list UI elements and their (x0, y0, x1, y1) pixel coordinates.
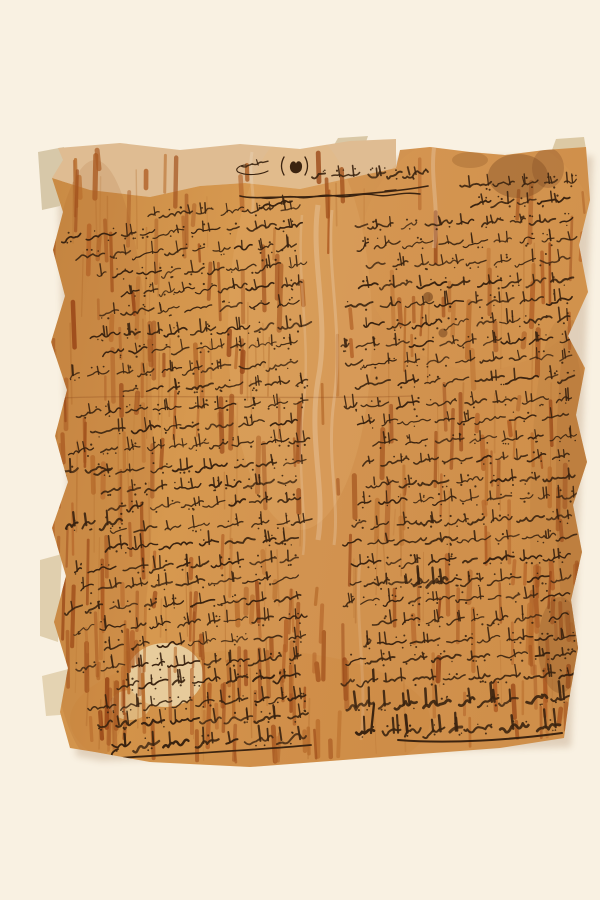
script-dot (97, 339, 98, 340)
script-dot (567, 372, 569, 374)
bark-streak (88, 226, 89, 274)
script-dot (436, 327, 438, 329)
script-dot (486, 188, 488, 190)
script-dot (255, 574, 257, 576)
script-ascender (162, 480, 163, 488)
bark-streak (276, 738, 278, 761)
script-ascender (393, 276, 394, 287)
script-dot (490, 462, 492, 464)
script-dot (109, 415, 111, 417)
script-dot (194, 676, 196, 678)
script-dot (113, 712, 114, 713)
script-dot (107, 317, 109, 319)
script-dot (425, 268, 427, 270)
script-dot (406, 735, 408, 737)
script-dot (210, 333, 212, 335)
script-dot (129, 367, 131, 369)
bark-streak (486, 527, 487, 565)
bark-streak (289, 590, 291, 633)
script-dot (481, 623, 483, 625)
script-dot (271, 459, 273, 461)
bark-streak (286, 621, 287, 650)
script-dot (134, 493, 136, 495)
bark-streak (149, 341, 150, 360)
script-dot (538, 324, 540, 326)
script-dot (440, 515, 442, 517)
script-ascender (417, 555, 418, 562)
bark-streak (263, 247, 264, 311)
script-dot (495, 336, 497, 338)
script-dot (429, 374, 431, 376)
bark-streak (382, 430, 383, 478)
script-ascender (476, 292, 477, 303)
script-dot (518, 285, 520, 287)
script-dot (489, 563, 491, 565)
bark-streak (91, 718, 92, 741)
script-dot (547, 234, 548, 235)
script-dot (552, 511, 553, 512)
script-ascender (151, 675, 152, 684)
script-dot (304, 700, 306, 702)
script-dot (415, 646, 417, 648)
script-dot (269, 713, 271, 715)
script-dot (182, 569, 184, 571)
script-dot (255, 389, 257, 391)
script-dot (190, 273, 192, 275)
script-dot (360, 368, 362, 370)
script-dot (234, 712, 236, 714)
script-dot (100, 729, 102, 731)
script-dot (134, 442, 136, 444)
script-dot (369, 495, 371, 497)
script-dot (524, 205, 526, 207)
script-dot (214, 585, 215, 586)
bark-streak (414, 298, 415, 322)
script-dot (423, 495, 425, 497)
script-dot (384, 167, 386, 169)
script-dot (506, 254, 508, 256)
script-dot (509, 275, 511, 277)
script-dot (555, 729, 557, 731)
script-ascender (499, 292, 500, 302)
script-dot (358, 709, 360, 711)
script-dot (406, 365, 408, 367)
script-dot (519, 326, 521, 328)
script-dot (189, 283, 191, 285)
script-ascender (397, 715, 398, 733)
script-dot (290, 564, 292, 566)
script-dot (166, 344, 168, 346)
script-dot (113, 257, 115, 259)
script-dot (70, 241, 72, 243)
script-dot (191, 362, 193, 364)
script-dot (396, 319, 398, 321)
bark-streak (338, 480, 339, 494)
script-dot (405, 455, 407, 457)
bark-streak (535, 666, 536, 708)
script-dot (449, 673, 451, 675)
script-dot (231, 271, 232, 272)
script-dot (427, 376, 429, 378)
script-ascender (149, 325, 150, 334)
script-dot (497, 694, 499, 696)
script-dot (104, 641, 106, 643)
script-ascender (115, 578, 116, 587)
script-dot (418, 624, 420, 626)
script-dot (559, 393, 561, 395)
script-ascender (424, 633, 425, 643)
script-dot (157, 580, 159, 582)
script-dot (541, 703, 543, 705)
script-dot (494, 296, 496, 298)
script-dot (142, 267, 144, 269)
script-dot (398, 339, 400, 341)
script-dot (120, 355, 122, 357)
script-dot (107, 453, 109, 455)
bark-streak (509, 422, 511, 436)
script-dot (388, 358, 390, 360)
script-dot (513, 412, 514, 413)
script-dot (228, 521, 230, 523)
script-dot (277, 527, 279, 529)
script-dot (253, 397, 255, 399)
script-dot (191, 606, 193, 608)
bark-streak (433, 654, 434, 717)
bark-streak (79, 177, 80, 197)
script-dot (228, 302, 229, 303)
bark-streak (291, 643, 292, 692)
script-dot (284, 671, 286, 673)
script-dot (150, 284, 152, 286)
script-dot (286, 515, 288, 517)
script-dot (115, 257, 117, 259)
script-dot (225, 487, 227, 489)
script-dot (239, 341, 241, 343)
script-dot (383, 653, 385, 655)
script-ascender (295, 665, 296, 677)
script-ascender (564, 450, 565, 458)
script-dot (211, 283, 213, 285)
script-dot (290, 663, 292, 665)
script-dot (78, 631, 80, 633)
script-dot (282, 694, 284, 696)
script-dot (124, 728, 126, 730)
script-dot (230, 233, 231, 234)
script-dot (365, 663, 367, 665)
script-dot (163, 726, 165, 728)
script-dot (177, 335, 179, 337)
script-dot (123, 278, 125, 280)
bark-streak (237, 403, 238, 501)
script-dot (165, 708, 166, 709)
script-dot (571, 175, 573, 177)
script-ascender (563, 686, 564, 699)
script-dot (525, 245, 527, 247)
script-dot (409, 603, 411, 605)
script-ascender (503, 452, 504, 459)
bark-streak (314, 730, 316, 758)
script-dot (145, 374, 147, 376)
script-dot (80, 564, 82, 566)
script-dot (465, 635, 467, 637)
script-ascender (548, 530, 549, 538)
script-dot (422, 247, 424, 249)
script-dot (549, 611, 550, 612)
script-dot (145, 737, 147, 739)
script-dot (197, 429, 199, 431)
script-dot (103, 366, 105, 368)
script-dot (71, 466, 73, 468)
bark-streak (453, 304, 454, 336)
script-dot (302, 693, 304, 695)
script-dot (196, 391, 198, 393)
script-dot (115, 452, 117, 454)
bark-streak (143, 404, 144, 461)
script-dot (438, 493, 440, 495)
script-dot (285, 459, 287, 461)
script-ascender (539, 647, 540, 656)
script-dot (566, 302, 568, 304)
script-dot (266, 496, 268, 498)
script-dot (275, 259, 277, 261)
script-dot (278, 652, 280, 654)
script-dot (258, 624, 260, 626)
script-dot (132, 511, 134, 513)
script-dot (567, 649, 569, 651)
script-dot (406, 663, 408, 665)
script-dot (139, 345, 141, 347)
script-dot (155, 598, 157, 600)
script-dot (526, 177, 528, 179)
script-dot (465, 602, 467, 604)
script-ascender (390, 217, 391, 226)
script-dot (304, 444, 306, 446)
script-dot (541, 633, 543, 635)
script-dot (269, 583, 271, 585)
script-dot (368, 638, 370, 640)
script-dot (393, 338, 395, 340)
script-dot (471, 633, 472, 634)
script-dot (232, 596, 234, 598)
script-dot (372, 167, 374, 169)
script-dot (437, 376, 439, 378)
script-dot (384, 436, 386, 438)
script-dot (442, 486, 444, 488)
script-dot (414, 337, 416, 339)
script-ascender (159, 575, 160, 585)
script-dot (121, 502, 123, 504)
script-dot (531, 216, 533, 218)
bark-streak (327, 179, 328, 217)
manuscript-photo: (۵) (0, 0, 600, 900)
script-dot (288, 348, 290, 350)
script-ascender (251, 415, 252, 425)
bark-streak (136, 170, 137, 249)
script-dot (474, 443, 476, 445)
script-dot (367, 238, 369, 240)
script-dot (510, 573, 512, 575)
script-ascender (204, 459, 205, 468)
script-dot (375, 604, 376, 605)
script-dot (171, 266, 173, 268)
script-dot (276, 406, 278, 408)
script-dot (119, 527, 121, 529)
script-dot (568, 460, 569, 461)
script-dot (66, 242, 68, 244)
script-dot (459, 734, 461, 736)
script-ascender (568, 388, 569, 400)
script-dot (78, 377, 80, 379)
script-dot (170, 276, 172, 278)
script-dot (228, 696, 230, 698)
bark-streak (144, 607, 145, 671)
script-dot (417, 397, 419, 399)
script-dot (451, 661, 452, 662)
script-ascender (247, 709, 248, 719)
script-dot (463, 423, 465, 425)
script-dot (523, 216, 525, 218)
script-dot (456, 673, 458, 675)
script-dot (376, 377, 378, 379)
script-dot (528, 492, 530, 494)
script-dot (183, 677, 185, 679)
script-dot (395, 588, 397, 590)
script-dot (257, 555, 259, 557)
bark-streak (202, 351, 203, 407)
script-dot (369, 648, 371, 650)
script-dot (485, 227, 487, 229)
script-dot (540, 452, 542, 454)
script-ascender (129, 323, 130, 334)
script-dot (387, 505, 388, 506)
script-dot (521, 660, 523, 662)
script-dot (159, 413, 161, 415)
script-dot (301, 693, 302, 694)
script-dot (490, 294, 492, 296)
script-dot (295, 475, 297, 477)
script-ascender (229, 653, 230, 663)
script-dot (196, 450, 197, 451)
script-dot (188, 508, 190, 510)
script-dot (162, 472, 164, 474)
bark-streak (338, 712, 340, 756)
script-dot (169, 697, 171, 699)
script-dot (201, 390, 203, 392)
script-dot (336, 170, 338, 172)
script-ascender (425, 689, 426, 705)
script-dot (180, 684, 182, 686)
script-dot (246, 674, 247, 675)
script-dot (120, 513, 122, 515)
script-dot (164, 569, 166, 571)
script-ascender (264, 608, 265, 621)
script-dot (495, 266, 497, 268)
script-dot (498, 503, 500, 505)
script-dot (379, 229, 381, 231)
script-ascender (389, 415, 390, 423)
script-dot (217, 480, 219, 482)
script-ascender (537, 348, 538, 359)
script-dot (221, 574, 223, 576)
script-dot (443, 650, 445, 652)
bark-streak (305, 732, 306, 751)
script-dot (222, 301, 224, 303)
script-dot (362, 496, 364, 498)
script-dot (365, 309, 367, 311)
script-dot (127, 328, 129, 330)
script-dot (147, 749, 149, 751)
script-dot (121, 630, 123, 632)
script-dot (134, 484, 136, 486)
script-dot (252, 469, 254, 471)
bark-streak (183, 217, 185, 257)
script-dot (409, 725, 411, 727)
script-dot (395, 709, 397, 711)
script-dot (200, 342, 202, 344)
script-dot (437, 644, 439, 646)
script-ascender (128, 674, 129, 686)
script-dot (482, 247, 484, 249)
script-dot (215, 655, 217, 657)
script-dot (169, 315, 171, 317)
script-dot (264, 535, 266, 537)
script-dot (254, 693, 256, 695)
script-dot (561, 362, 563, 364)
script-ascender (173, 595, 174, 605)
script-dot (87, 455, 89, 457)
script-dot (107, 494, 109, 496)
script-dot (134, 295, 136, 297)
script-dot (451, 553, 453, 555)
bark-streak (106, 537, 107, 577)
script-dot (188, 470, 190, 472)
script-dot (207, 734, 209, 736)
script-dot (246, 721, 248, 723)
script-dot (346, 339, 348, 341)
script-ascender (271, 551, 272, 562)
script-dot (297, 613, 299, 615)
script-ascender (296, 256, 297, 267)
script-dot (128, 305, 130, 307)
script-dot (257, 340, 259, 342)
script-dot (288, 445, 290, 447)
script-dot (186, 244, 188, 246)
script-ascender (175, 710, 176, 723)
bark-streak (391, 406, 392, 442)
script-dot (127, 337, 129, 339)
script-dot (204, 440, 206, 442)
bark-sheet (37, 130, 600, 790)
bark-streak (241, 340, 242, 393)
script-dot (259, 331, 261, 333)
script-dot (214, 401, 216, 403)
script-dot (201, 371, 203, 373)
script-dot (564, 213, 566, 215)
script-ascender (360, 555, 361, 564)
script-dot (172, 598, 174, 600)
script-dot (406, 219, 408, 221)
script-dot (183, 472, 185, 474)
script-dot (446, 697, 448, 699)
script-dot (220, 390, 222, 392)
script-dot (242, 695, 243, 696)
script-dot (545, 334, 546, 335)
script-dot (404, 478, 406, 480)
script-dot (570, 500, 572, 502)
bark-streak (76, 171, 78, 231)
bark-streak (95, 613, 97, 676)
script-dot (295, 554, 297, 556)
